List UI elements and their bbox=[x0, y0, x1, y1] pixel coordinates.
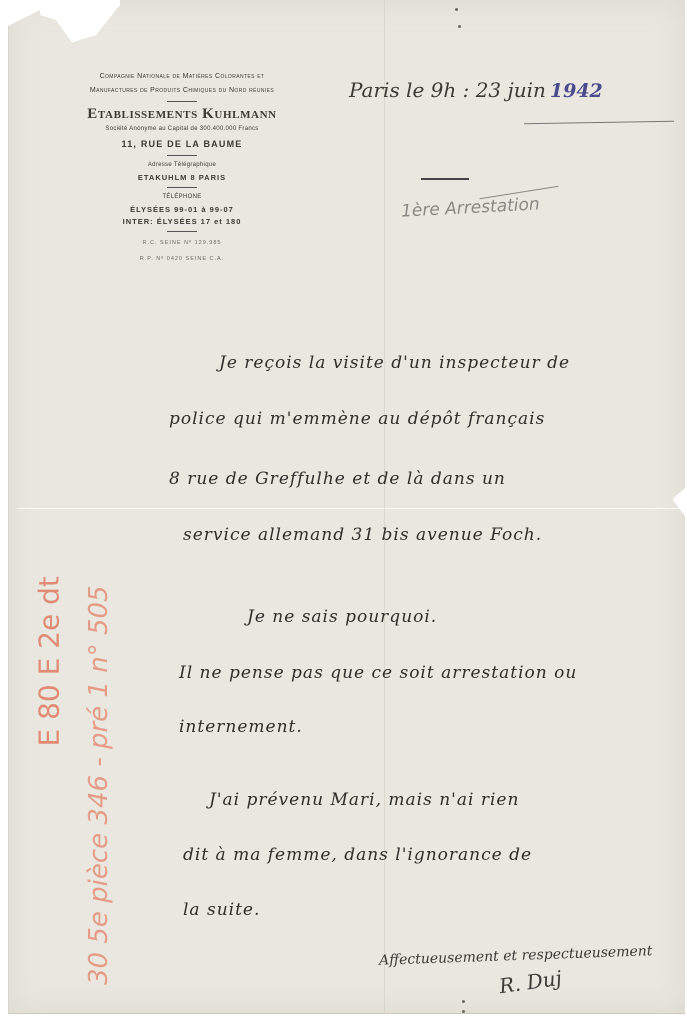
company-capital: Société Anonyme au Capital de 300.400.00… bbox=[37, 123, 327, 136]
place-and-date: Paris le 9h : 23 juin1942 bbox=[349, 78, 603, 102]
body-line: dit à ma femme, dans l'ignorance de bbox=[183, 845, 532, 865]
divider bbox=[167, 101, 197, 102]
registry-number-2: R.P. Nº 0420 SEINE C.A. bbox=[37, 251, 327, 267]
letterhead-line-1: Compagnie Nationale de Matières Colorant… bbox=[37, 70, 327, 84]
registry-number: R.C. SEINE Nº 129.985 bbox=[37, 235, 327, 251]
date-year: 1942 bbox=[550, 80, 603, 102]
divider bbox=[167, 231, 197, 232]
punch-hole-mark bbox=[458, 25, 461, 28]
letterhead-line-2: Manufactures de Produits Chimiques du No… bbox=[37, 84, 327, 98]
punch-hole-mark bbox=[462, 1000, 465, 1003]
body-line: 8 rue de Greffulhe et de là dans un bbox=[169, 469, 506, 489]
telegraph-label: Adresse Télégraphique bbox=[37, 159, 327, 172]
place-date-text: Paris le 9h : 23 juin bbox=[349, 78, 546, 102]
telegraph-address: ETAKUHLM 8 PARIS bbox=[37, 172, 327, 184]
torn-edge-right bbox=[667, 488, 685, 516]
letter-paper: Compagnie Nationale de Matières Colorant… bbox=[8, 0, 685, 1014]
date-underline bbox=[524, 121, 674, 125]
body-line: J'ai prévenu Mari, mais n'ai rien bbox=[209, 790, 519, 810]
body-line: Je reçois la visite d'un inspecteur de bbox=[219, 353, 570, 373]
company-name: Etablissements Kuhlmann bbox=[37, 106, 327, 123]
body-line: service allemand 31 bis avenue Foch. bbox=[183, 525, 542, 545]
divider bbox=[167, 155, 197, 156]
fold-crease-horizontal bbox=[17, 508, 687, 509]
punch-hole-mark bbox=[462, 1010, 465, 1013]
signature: R. Duj bbox=[498, 966, 564, 999]
punch-hole-mark bbox=[455, 8, 458, 11]
separator-dash bbox=[421, 178, 469, 180]
telephone-label: TÉLÉPHONE bbox=[37, 191, 327, 204]
company-letterhead: Compagnie Nationale de Matières Colorant… bbox=[37, 70, 327, 267]
red-pencil-annotation-upper: E 80 E 2e dt bbox=[33, 47, 66, 747]
divider bbox=[167, 187, 197, 188]
red-pencil-annotation-lower: 30 5e pièce 346 - pré 1 n° 505 bbox=[84, 285, 114, 985]
closing-salutation: Affectueusement et respectueusement bbox=[379, 943, 653, 969]
company-address: 11, RUE DE LA BAUME bbox=[37, 136, 327, 152]
body-line: Il ne pense pas que ce soit arrestation … bbox=[179, 663, 577, 683]
body-line: Je ne sais pourquoi. bbox=[247, 607, 437, 627]
body-line: police qui m'emmène au dépôt français bbox=[169, 409, 545, 429]
pencil-annotation: 1ère Arrestation bbox=[401, 194, 541, 221]
body-line: la suite. bbox=[183, 900, 260, 920]
body-line: internement. bbox=[179, 717, 303, 737]
telephone-number: ÉLYSÉES 99-01 à 99-07 bbox=[37, 204, 327, 216]
inter-telephone: INTER: ÉLYSÉES 17 et 180 bbox=[37, 216, 327, 228]
